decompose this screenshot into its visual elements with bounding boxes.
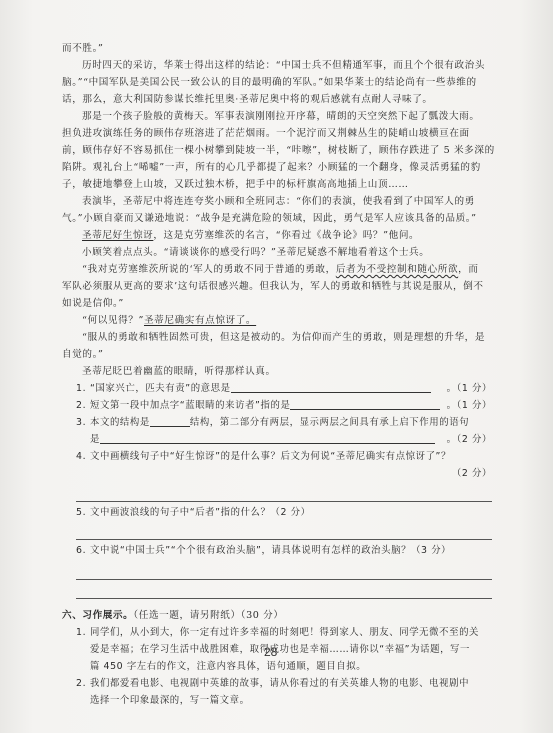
section-title: 六、习作展示。（任选一题，请另附纸）（30 分） — [62, 607, 492, 624]
passage-text: ，而 — [458, 264, 478, 275]
passage-line: 自觉的。” — [62, 346, 492, 363]
composition-option-1-line: 篇 450 字左右的作文，注意内容具体，语句通顺，题目自拟。 — [62, 658, 492, 675]
question-score: （2 分） — [452, 465, 492, 482]
composition-option-1: 1.同学们，从小到大，你一定有过许多幸福的时刻吧！得到家人、朋友、同学无微不至的… — [62, 624, 492, 641]
passage-line: 气。”小顾自豪而又谦逊地说：“战争是充满危险的领域，因此，勇气是军人应该具备的品… — [62, 210, 492, 227]
page-content: 而不胜。” 历时四天的采访，华莱士得出这样的结论：“中国士兵不但精通军事，而且个… — [62, 40, 492, 709]
passage-line: 小顾笑着点点头。“请谈谈你的感受行吗？”圣蒂尼疑惑不解地看着这个士兵。 — [62, 244, 492, 261]
question-text: 文中画波浪线的句子中“后者”指的什么？（2 分） — [90, 507, 311, 518]
question-text: 本文的结构是 — [90, 417, 150, 428]
passage-line: “何以见得？”圣蒂尼确实有点惊讶了。 — [62, 312, 492, 329]
page-number: 28 — [264, 645, 277, 659]
underlined-sentence: 圣蒂尼确实有点惊讶了。 — [144, 315, 256, 326]
passage-line: 表演毕，圣蒂尼中将连连夸奖小顾和全班同志：“你们的表演，使我看到了中国军人的勇 — [62, 193, 492, 210]
composition-option-2-line: 选择一个印象最深的，写一篇文章。 — [62, 692, 492, 709]
section-note: （任选一题，请另附纸）（30 分） — [133, 610, 283, 621]
passage-line: 前，顾伟存好不容易抓住一棵小树攀到陡坡一半，“咔嚓”，树枝断了，顾伟存跌进了 5… — [62, 142, 492, 159]
passage-line: 圣蒂尼眨巴着幽蓝的眼睛，听得那样认真。 — [62, 363, 492, 380]
passage-line: 子，敏捷地攀登上山坡，又跃过独木桥，把手中的标杆旗高高地插上山顶…… — [62, 176, 492, 193]
passage-line: 脑。”“中国军队是美国公民一致公认的目的最明确的军队。”如果华莱士的结论尚有一些… — [62, 74, 492, 91]
answer-line[interactable] — [76, 559, 492, 580]
section-heading: 六、习作展示。 — [62, 610, 133, 621]
question-6: 6.文中说“中国士兵”“个个很有政治头脑”，请具体说明有怎样的政治头脑？（3 分… — [62, 542, 492, 559]
passage-line: “服从的勇敢和牺牲固然可贵，但这是被动的。为信仰而产生的勇敢，则是理想的升华，是 — [62, 329, 492, 346]
question-3-continued: 是。（2 分） — [62, 431, 492, 448]
passage-line: 军队必须服从更高的要求’这句话很感兴趣。但我认为，军人的勇敢和牺牲与其说是服从，… — [62, 278, 492, 295]
question-text: 文中说“中国士兵”“个个很有政治头脑”，请具体说明有怎样的政治头脑？（3 分） — [90, 545, 451, 556]
question-number: 1. — [76, 380, 90, 397]
question-text: 是 — [90, 434, 100, 445]
answer-blank[interactable] — [231, 381, 431, 393]
question-number: 6. — [76, 542, 90, 559]
wavy-underlined-sentence: 后者为不受控制和随心所欲 — [336, 264, 458, 275]
question-number: 5. — [76, 504, 90, 521]
question-text: 文中画横线句子中“好生惊讶”的是什么事？后文为何说“圣蒂尼确实有点惊讶了”？ — [90, 451, 451, 462]
composition-option-2: 2.我们都爱看电影、电视剧中英雄的故事，请从你看过的有关英雄人物的电影、电视剧中 — [62, 675, 492, 692]
passage-text: ，这是克劳塞维茨的名言，“你看过《战争论》吗？”他问。 — [153, 230, 419, 241]
option-text: 我们都爱看电影、电视剧中英雄的故事，请从你看过的有关英雄人物的电影、电视剧中 — [90, 678, 469, 689]
passage-line: “我对克劳塞维茨所说的‘军人的勇敢不同于普通的勇敢，后者为不受控制和随心所欲，而 — [62, 261, 492, 278]
question-4-score-row: （2 分） — [62, 465, 492, 479]
question-score: 。（1 分） — [447, 397, 492, 414]
option-text: 同学们，从小到大，你一定有过许多幸福的时刻吧！得到家人、朋友、同学无微不至的关 — [90, 627, 479, 638]
question-5: 5.文中画波浪线的句子中“后者”指的什么？（2 分） — [62, 504, 492, 521]
question-number: 4. — [76, 448, 90, 465]
question-number: 3. — [76, 414, 90, 431]
question-3: 3.本文的结构是结构，第二部分有两层，显示两层之间具有承上启下作用的语句 — [62, 414, 492, 431]
question-score: 。（2 分） — [447, 431, 492, 448]
question-text: 结构，第二部分有两层，显示两层之间具有承上启下作用的语句 — [190, 417, 469, 428]
answer-blank[interactable] — [290, 398, 440, 410]
question-score: 。（1 分） — [447, 380, 492, 397]
answer-blank[interactable] — [150, 415, 190, 427]
question-text: “国家兴亡，匹夫有责”的意思是 — [90, 383, 231, 394]
passage-line: 陷阱。观礼台上“唏嘘”一声，所有的心几乎都提了起来？小顾猛的一个翻身，像灵活勇猛… — [62, 159, 492, 176]
reading-passage: 而不胜。” 历时四天的采访，华莱士得出这样的结论：“中国士兵不但精通军事，而且个… — [62, 40, 492, 380]
underlined-sentence: 圣蒂尼好生惊讶 — [82, 230, 153, 241]
passage-line: 那是一个孩子脸般的黄梅天。军事表演刚刚拉开序幕，晴朗的天空突然下起了瓢泼大雨。 — [62, 108, 492, 125]
passage-line: 话，那么，意大利国防参谋长维托里奥·圣蒂尼奥中将的观后感就有点耐人寻味了。 — [62, 91, 492, 108]
answer-line[interactable] — [76, 580, 492, 599]
answer-line[interactable] — [76, 521, 492, 540]
option-number: 2. — [76, 675, 90, 692]
question-2: 2.短文第一段中加点字“蓝眼睛的来访者”指的是。（1 分） — [62, 397, 492, 414]
scanned-page: 而不胜。” 历时四天的采访，华莱士得出这样的结论：“中国士兵不但精通军事，而且个… — [0, 0, 553, 733]
questions: 1.“国家兴亡，匹夫有责”的意思是。（1 分） 2.短文第一段中加点字“蓝眼睛的… — [62, 380, 492, 599]
answer-line[interactable] — [76, 479, 492, 502]
passage-line: 如说是信仰。” — [62, 295, 492, 312]
option-number: 1. — [76, 624, 90, 641]
passage-line: 担负进攻演练任务的顾伟存班溶进了茫茫烟雨。一个泥泞而又荆棘丛生的陡峭山坡横亘在面 — [62, 125, 492, 142]
passage-line: 圣蒂尼好生惊讶，这是克劳塞维茨的名言，“你看过《战争论》吗？”他问。 — [62, 227, 492, 244]
passage-text: “何以见得？” — [82, 315, 144, 326]
passage-line: 而不胜。” — [62, 40, 492, 57]
answer-blank[interactable] — [100, 432, 435, 444]
question-number: 2. — [76, 397, 90, 414]
question-4: 4.文中画横线句子中“好生惊讶”的是什么事？后文为何说“圣蒂尼确实有点惊讶了”？ — [62, 448, 492, 465]
passage-text: “我对克劳塞维茨所说的‘军人的勇敢不同于普通的勇敢， — [82, 264, 336, 275]
question-text: 短文第一段中加点字“蓝眼睛的来访者”指的是 — [90, 400, 290, 411]
passage-line: 历时四天的采访，华莱士得出这样的结论：“中国士兵不但精通军事，而且个个很有政治头 — [62, 57, 492, 74]
question-1: 1.“国家兴亡，匹夫有责”的意思是。（1 分） — [62, 380, 492, 397]
